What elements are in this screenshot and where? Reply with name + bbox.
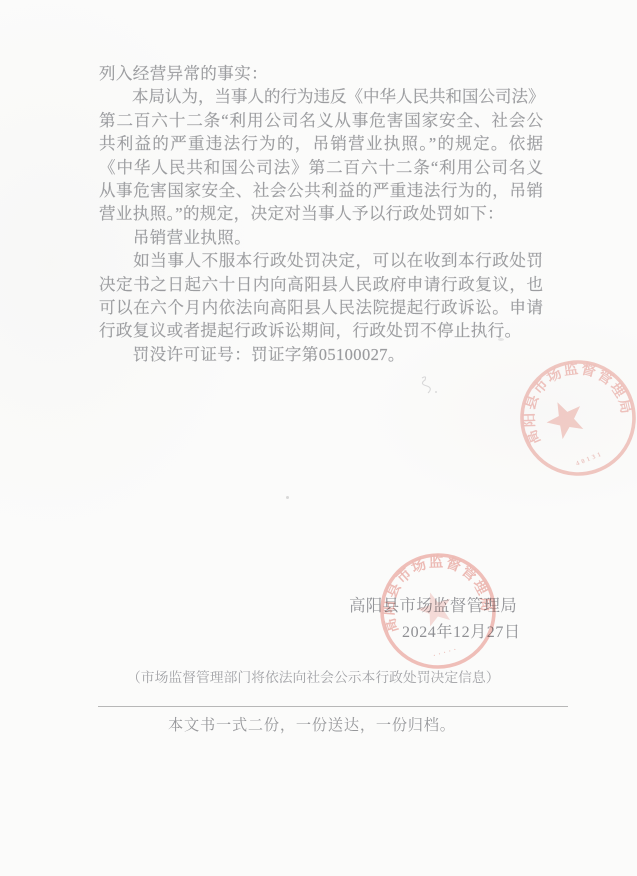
- seal-star-icon: [541, 394, 590, 442]
- body-line: 列入经营异常的事实：: [99, 62, 543, 85]
- body-line: 决定书之日起六十日内向高阳县人民政府申请行政复议，也: [99, 273, 543, 296]
- scanned-document-page: 列入经营异常的事实： 本局认为，当事人的行为违反《中华人民共和国公司法》 第二百…: [0, 0, 637, 876]
- public-disclosure-note: （市场监督管理部门将依法向社会公示本行政处罚决定信息）: [127, 666, 517, 686]
- seal-serial: 40131: [575, 450, 604, 467]
- body-line: 罚没许可证号：罚证字第05100027。: [99, 343, 543, 366]
- distribution-note: 本文书一式二份，一份送达，一份归档。: [168, 714, 456, 735]
- footer-divider: [98, 706, 568, 707]
- body-line: 本局认为，当事人的行为违反《中华人民共和国公司法》: [99, 85, 543, 108]
- body-line: 共利益的严重违法行为的，吊销营业执照。”的规定。依据: [99, 132, 543, 155]
- body-line: 吊销营业执照。: [99, 226, 543, 249]
- issuing-authority-name: 高阳县市场监督管理局: [349, 592, 529, 616]
- decision-date: 2024年12月27日: [402, 619, 521, 642]
- scan-speck: [498, 338, 504, 341]
- body-line: 可以在六个月内依法向高阳县人民法院提起行政诉讼。申请: [99, 296, 543, 319]
- body-line: 营业执照。”的规定，决定对当事人予以行政处罚如下：: [99, 202, 543, 225]
- pen-mark-artifact: [412, 374, 446, 400]
- document-body: 列入经营异常的事实： 本局认为，当事人的行为违反《中华人民共和国公司法》 第二百…: [99, 62, 543, 366]
- seal-serial: ·····: [432, 645, 460, 660]
- body-line: 从事危害国家安全、社会公共利益的严重违法行为的，吊销: [99, 179, 543, 202]
- scan-speck: [286, 496, 289, 499]
- body-line: 《中华人民共和国公司法》第二百六十二条“利用公司名义: [99, 156, 543, 179]
- body-line: 行政复议或者提起行政诉讼期间，行政处罚不停止执行。: [99, 319, 543, 342]
- body-line: 第二百六十二条“利用公司名义从事危害国家安全、社会公: [99, 109, 543, 132]
- body-line: 如当事人不服本行政处罚决定，可以在收到本行政处罚: [99, 249, 543, 272]
